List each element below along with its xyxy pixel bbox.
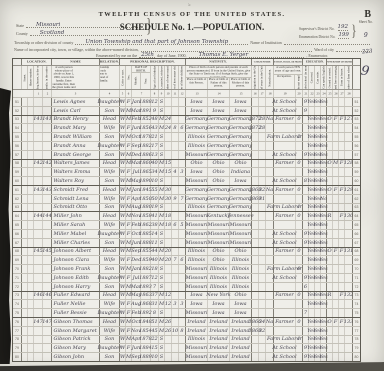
census-cell — [251, 309, 258, 317]
census-cell: 58 — [13, 160, 21, 168]
census-cell: 11 — [150, 239, 158, 247]
census-cell: 4 — [171, 168, 178, 176]
census-cell: 1860 — [140, 160, 150, 168]
census-cell: Son — [99, 353, 119, 361]
census-cell — [171, 318, 178, 326]
col-naturalization: Naturalization. — [265, 66, 273, 89]
census-cell: 1882 — [140, 265, 150, 273]
census-cell — [33, 327, 42, 335]
census-cell: 1890 — [140, 177, 150, 185]
census-row: 55Brandt WilliamSonWMOct187821SIllinoisG… — [13, 132, 360, 141]
census-cell — [258, 274, 265, 282]
census-cell — [265, 212, 273, 220]
census-cell — [171, 186, 178, 194]
scanner-black-strip — [0, 88, 11, 364]
census-cell: Lewis Agnes — [51, 98, 99, 106]
census-cell: 74 — [13, 300, 21, 308]
census-cell: 76 — [13, 318, 21, 326]
census-cell: 14 — [150, 230, 158, 238]
census-cell: Daughter — [99, 309, 119, 317]
census-cell: Miller Mabel — [51, 230, 99, 238]
census-cell — [178, 160, 185, 168]
census-cell — [265, 248, 273, 256]
census-cell: 40 — [150, 256, 158, 264]
census-cell — [251, 239, 258, 247]
census-cell: 70 — [352, 265, 360, 273]
census-cell: 10 — [150, 177, 158, 185]
census-cell: 56 — [352, 142, 360, 150]
census-cell: Germany — [207, 195, 229, 203]
column-group-personal: PERSONAL DESCRIPTION. — [119, 59, 185, 65]
census-cell: Iowa — [185, 98, 207, 106]
census-cell: Missouri — [185, 239, 207, 247]
census-cell — [42, 239, 51, 247]
census-cell: New York — [207, 292, 229, 300]
col-immigration-year: Year of immigration to the United States… — [251, 66, 258, 89]
census-cell — [344, 151, 352, 159]
census-cell — [344, 256, 352, 264]
census-cell: 143 — [42, 186, 51, 194]
census-cell — [164, 309, 171, 317]
census-cell: 28 — [258, 116, 265, 124]
col-months-not-employed: Months not employed. — [294, 75, 302, 89]
census-cell: 50 — [150, 195, 158, 203]
column-number: 12 — [178, 90, 185, 97]
census-cell: 28 — [258, 124, 265, 132]
census-cell — [164, 353, 171, 361]
census-cell: Walters James — [51, 160, 99, 168]
census-cell: Germany — [229, 133, 251, 141]
column-number: 13 — [185, 90, 207, 97]
column-group-occupation: OCCUPATION, TRADE, OR PROFESSION — [273, 59, 302, 65]
column-desc-row: Street. House number. Number of dwelling… — [13, 66, 360, 90]
census-cell: Germany — [207, 204, 229, 212]
census-cell: At School — [273, 177, 295, 185]
census-cell: Fuller Nellie — [51, 300, 99, 308]
census-cell: 1859 — [140, 256, 150, 264]
census-cell: 131 — [344, 248, 352, 256]
census-cell — [258, 98, 265, 106]
census-cell — [344, 353, 352, 361]
census-cell: At School — [273, 151, 295, 159]
census-cell: 0 — [295, 116, 302, 124]
census-cell — [258, 133, 265, 141]
census-cell — [33, 283, 42, 291]
census-cell — [42, 283, 51, 291]
census-cell: Ohio — [229, 248, 251, 256]
census-cell: Farmer — [273, 212, 295, 220]
census-cell: Germany — [229, 204, 251, 212]
census-cell: 77 — [13, 327, 21, 335]
census-cell: Johnson Edith — [51, 274, 99, 282]
census-cell: Germany — [185, 195, 207, 203]
census-cell — [295, 142, 302, 150]
census-cell: 74 — [352, 300, 360, 308]
census-cell — [33, 168, 42, 176]
census-cell: 1884 — [140, 344, 150, 352]
census-cell: Walters Roy — [51, 177, 99, 185]
census-cell — [273, 256, 295, 264]
census-cell: At School — [273, 353, 295, 361]
census-row: 67Miller CharlesSonWMJun188811SMissouriM… — [13, 238, 360, 247]
census-cell — [273, 327, 295, 335]
census-cell: 1880 — [140, 204, 150, 212]
census-row: 56Brandt AnnaDaughterWFSep188217SIllinoi… — [13, 141, 360, 150]
column-number-row: 1234567891011121314151617181920212223242… — [13, 90, 360, 97]
census-cell: Ohio — [229, 160, 251, 168]
census-cell: 1885 — [140, 230, 150, 238]
census-cell: Schmidt Lena — [51, 195, 99, 203]
census-cell — [171, 204, 178, 212]
census-cell: Son — [99, 336, 119, 344]
census-cell — [171, 142, 178, 150]
census-cell: Iowa — [207, 98, 229, 106]
census-cell — [33, 265, 42, 273]
census-cell — [42, 221, 51, 229]
census-cell: Illinois — [185, 204, 207, 212]
census-cell — [42, 274, 51, 282]
census-cell: 71 — [13, 274, 21, 282]
census-cell: Schmidt Fred — [51, 186, 99, 194]
census-cell — [295, 327, 302, 335]
census-cell: 71 — [352, 274, 360, 282]
col-years-married: Number of years married. — [164, 66, 171, 89]
column-group-nativity: NATIVITY. — [185, 59, 251, 65]
census-row: 78Gibson PatrickSonWMApr187822SIllinoisI… — [13, 335, 360, 344]
census-cell: Missouri — [229, 239, 251, 247]
census-cell — [251, 168, 258, 176]
census-cell: Iowa — [185, 168, 207, 176]
census-cell: 0 — [295, 248, 302, 256]
census-cell: 51 — [352, 98, 360, 106]
census-cell — [344, 107, 352, 115]
census-cell — [33, 256, 42, 264]
col-farm-schedule-number: Number of farm schedule. — [344, 66, 352, 89]
census-cell: 1872 — [251, 116, 258, 124]
census-cell — [33, 204, 42, 212]
census-cell: Germany — [229, 142, 251, 150]
census-cell: Son — [99, 177, 119, 185]
census-cell: Iowa — [207, 309, 229, 317]
census-cell: 142 — [42, 160, 51, 168]
census-cell — [258, 107, 265, 115]
census-cell: 56 — [13, 142, 21, 150]
census-cell — [295, 256, 302, 264]
census-cell: Ohio — [185, 160, 207, 168]
census-row: 52Lewis CarlSonWMMar18919SIowaIowaIowaAt… — [13, 106, 360, 115]
census-cell: Illinois — [229, 283, 251, 291]
census-row: 75Fuller BessieDaughterWFFeb18928SMissou… — [13, 308, 360, 317]
census-cell: Missouri — [185, 309, 207, 317]
census-cell: Daughter — [99, 230, 119, 238]
census-row: 72Johnson HarrySonWMMar18937SMissouriIll… — [13, 282, 360, 291]
census-cell: Wife — [99, 327, 119, 335]
census-cell: Head — [99, 186, 119, 194]
census-cell — [251, 274, 258, 282]
census-cell — [295, 353, 302, 361]
census-cell: Germany — [207, 151, 229, 159]
census-cell — [33, 274, 42, 282]
census-cell: Missouri — [207, 230, 229, 238]
census-cell — [178, 239, 185, 247]
census-cell — [171, 248, 178, 256]
census-cell — [265, 195, 273, 203]
census-cell: Iowa — [185, 300, 207, 308]
census-cell: Iowa — [207, 300, 229, 308]
census-cell: Ohio — [207, 168, 229, 176]
census-cell: 64 — [13, 212, 21, 220]
census-cell: Gibson Patrick — [51, 336, 99, 344]
supervisor-district-value: 192 — [338, 24, 349, 31]
census-cell: 1872 — [251, 124, 258, 132]
census-cell — [171, 151, 178, 159]
census-cell: Illinois — [229, 265, 251, 273]
census-cell — [258, 177, 265, 185]
census-row: 64144144Miller JohnHeadWMNov185841M18Mis… — [13, 211, 360, 220]
census-cell: 3 — [178, 300, 185, 308]
census-cell: Lewis Carl — [51, 107, 99, 115]
scanner-bottom-band — [0, 362, 384, 371]
census-cell: 1892 — [140, 309, 150, 317]
census-cell: Iowa — [207, 107, 229, 115]
census-cell: 141 — [33, 116, 42, 124]
census-cell: Wife — [99, 195, 119, 203]
census-cell: Farm Laborer — [273, 204, 295, 212]
schedule-title: SCHEDULE No. 1.—POPULATION. — [60, 22, 324, 32]
census-cell — [273, 221, 295, 229]
census-cell — [178, 204, 185, 212]
census-cell — [171, 309, 178, 317]
column-number: 15 — [229, 90, 251, 97]
census-cell: 66 — [352, 230, 360, 238]
census-cell — [164, 239, 171, 247]
census-cell: Missouri — [185, 344, 207, 352]
census-cell: At School — [273, 98, 295, 106]
census-cell: 1863 — [140, 292, 150, 300]
census-cell — [344, 221, 352, 229]
census-cell: Ireland — [207, 353, 229, 361]
census-cell: Iowa — [229, 107, 251, 115]
census-cell: 9 — [171, 195, 178, 203]
census-cell — [258, 344, 265, 352]
census-cell — [258, 142, 265, 150]
census-cell: Head — [99, 248, 119, 256]
census-cell — [295, 168, 302, 176]
census-cell: Na — [265, 116, 273, 124]
census-cell: Son — [99, 283, 119, 291]
census-cell: Wife — [99, 221, 119, 229]
number-row-spacer-right — [352, 90, 360, 97]
census-cell: 146 — [33, 292, 42, 300]
census-cell — [33, 353, 42, 361]
census-cell: 15 — [150, 344, 158, 352]
census-cell — [178, 248, 185, 256]
census-cell: 41 — [150, 212, 158, 220]
census-cell: 10 — [150, 353, 158, 361]
census-cell: 1878 — [140, 336, 150, 344]
census-cell: 130 — [344, 212, 352, 220]
census-cell: Ireland — [207, 336, 229, 344]
census-cell — [273, 142, 295, 150]
col-children-living: Number of these children living. — [178, 66, 185, 89]
census-cell — [42, 142, 51, 150]
census-cell — [171, 336, 178, 344]
census-cell — [295, 124, 302, 132]
census-cell: 40 — [150, 160, 158, 168]
census-cell: Ohio — [207, 248, 229, 256]
census-cell: Missouri — [185, 212, 207, 220]
census-cell: Ireland — [207, 327, 229, 335]
census-cell — [178, 151, 185, 159]
census-cell — [178, 177, 185, 185]
census-cell: Illinois — [185, 142, 207, 150]
census-cell — [258, 336, 265, 344]
census-cell — [42, 124, 51, 132]
census-cell: Illinois — [185, 248, 207, 256]
census-cell — [265, 283, 273, 291]
column-number: 11 — [171, 90, 178, 97]
census-cell: Kentucky — [207, 212, 229, 220]
census-cell — [344, 300, 352, 308]
census-cell: 30 — [164, 195, 171, 203]
census-cell — [171, 344, 178, 352]
census-cell: 1887 — [140, 274, 150, 282]
census-cell: 24 — [164, 124, 171, 132]
census-cell: Ireland — [229, 353, 251, 361]
census-cell: 26 — [164, 327, 171, 335]
census-cell: 1888 — [140, 239, 150, 247]
census-cell: 75 — [352, 309, 360, 317]
column-number: 3 — [51, 90, 99, 97]
census-cell: 60 — [13, 177, 21, 185]
census-cell: 37 — [150, 292, 158, 300]
census-cell: At School — [273, 230, 295, 238]
census-cell — [33, 124, 42, 132]
census-cell — [178, 274, 185, 282]
census-cell — [42, 265, 51, 273]
col-age: Age at last birthday. — [150, 66, 158, 89]
census-cell — [178, 344, 185, 352]
census-cell: Missouri — [185, 265, 207, 273]
corner-letter: B — [364, 9, 371, 20]
census-cell: 68 — [13, 248, 21, 256]
census-cell: At School — [273, 274, 295, 282]
census-cell — [258, 265, 265, 273]
census-cell: Iowa — [185, 107, 207, 115]
census-cell: Brandt Henry — [51, 116, 99, 124]
census-cell: 12 — [164, 292, 171, 300]
census-cell: 80 — [352, 353, 360, 361]
census-cell: Son — [99, 151, 119, 159]
census-cell: Miller John — [51, 212, 99, 220]
census-cell: 6 — [178, 256, 185, 264]
census-cell — [164, 265, 171, 273]
census-cell — [164, 133, 171, 141]
census-cell — [344, 124, 352, 132]
column-number: 1 — [33, 90, 42, 97]
census-cell: 0 — [295, 186, 302, 194]
census-cell — [265, 124, 273, 132]
census-cell: Missouri — [185, 274, 207, 282]
census-cell — [42, 107, 51, 115]
census-cell: 129 — [344, 186, 352, 194]
census-cell — [251, 344, 258, 352]
census-cell: Iowa — [229, 300, 251, 308]
census-title: TWELFTH CENSUS OF THE UNITED STATES. — [0, 11, 384, 18]
census-cell: Missouri — [207, 221, 229, 229]
census-cell: 64 — [352, 212, 360, 220]
census-cell — [251, 133, 258, 141]
census-cell: 48 — [150, 116, 158, 124]
census-cell — [251, 256, 258, 264]
census-cell: 18 — [150, 265, 158, 273]
census-cell: 45 — [150, 327, 158, 335]
census-cell: 1 — [295, 336, 302, 344]
census-cell: Ohio — [207, 160, 229, 168]
census-cell — [265, 300, 273, 308]
census-cell: 54 — [352, 124, 360, 132]
census-cell — [258, 160, 265, 168]
census-cell: 77 — [352, 327, 360, 335]
census-cell: 128 — [344, 160, 352, 168]
census-cell — [258, 221, 265, 229]
census-cell — [42, 195, 51, 203]
census-cell: 1866 — [251, 318, 258, 326]
census-cell: 20 — [164, 256, 171, 264]
census-cell: 78 — [13, 336, 21, 344]
census-cell — [33, 344, 42, 352]
census-cell: 18 — [164, 212, 171, 220]
census-cell — [265, 256, 273, 264]
census-cell: 1869 — [251, 195, 258, 203]
census-cell: 13 — [150, 151, 158, 159]
census-cell — [171, 265, 178, 273]
census-cell — [251, 204, 258, 212]
census-cell: Indiana — [229, 168, 251, 176]
census-cell: 1 — [295, 204, 302, 212]
census-cell: Germany — [207, 142, 229, 150]
census-cell: Farmer — [273, 116, 295, 124]
census-cell: Johnson Frank — [51, 265, 99, 273]
census-cell — [258, 309, 265, 317]
census-row: 58142142Walters JamesHeadWMMar186040M15O… — [13, 159, 360, 168]
census-cell — [344, 98, 352, 106]
census-cell: Brandt Mary — [51, 124, 99, 132]
census-cell: Illinois — [207, 274, 229, 282]
line-number-header-right — [352, 59, 360, 65]
census-cell: 1868 — [251, 327, 258, 335]
census-row: 79Gibson MaryDaughterWFJun188415SMissour… — [13, 343, 360, 352]
census-cell: 12 — [150, 98, 158, 106]
census-cell — [42, 151, 51, 159]
top-fold-mark: 5 — [188, 3, 191, 8]
census-cell: Wife — [99, 256, 119, 264]
census-cell: Na — [265, 318, 273, 326]
census-cell: Johnson Clara — [51, 256, 99, 264]
census-cell: Ohio — [207, 256, 229, 264]
census-cell — [164, 344, 171, 352]
census-cell — [251, 107, 258, 115]
census-cell: At School — [273, 344, 295, 352]
census-cell: 53 — [13, 116, 21, 124]
census-cell — [295, 274, 302, 282]
census-cell — [265, 142, 273, 150]
census-cell — [171, 353, 178, 361]
census-cell — [164, 142, 171, 150]
column-group-education: EDUCATION. — [302, 59, 326, 65]
census-cell: Fuller Bessie — [51, 309, 99, 317]
census-cell: Head — [99, 318, 119, 326]
